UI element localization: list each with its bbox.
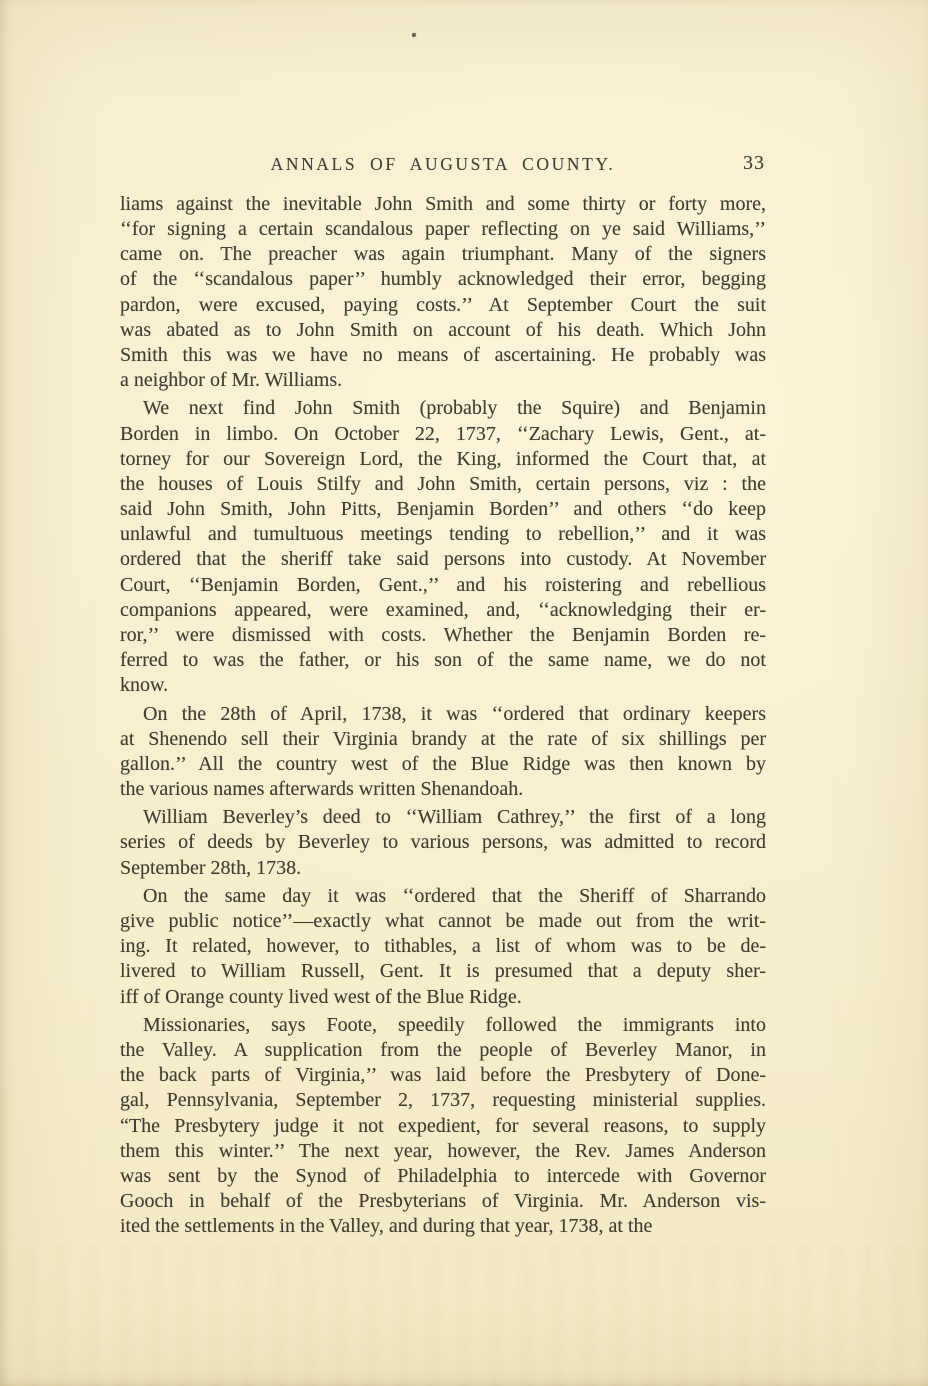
text-line: was sent by the Synod of Philadelphia to… bbox=[120, 1164, 766, 1189]
paragraph: On the same day it was ‘‘ordered that th… bbox=[120, 884, 766, 1010]
text-line: iff of Orange county lived west of the B… bbox=[120, 985, 766, 1010]
running-head: ANNALS OF AUGUSTA COUNTY. 33 bbox=[120, 154, 766, 178]
text-line: at Shenendo sell their Virginia brandy a… bbox=[120, 727, 766, 752]
ink-speck bbox=[412, 33, 416, 37]
text-line: ‘‘for signing a certain scandalous paper… bbox=[120, 217, 766, 242]
text-line: Borden in limbo. On October 22, 1737, ‘‘… bbox=[120, 422, 766, 447]
page-content: ANNALS OF AUGUSTA COUNTY. 33 liams again… bbox=[120, 154, 766, 178]
text-line: a neighbor of Mr. Williams. bbox=[120, 368, 766, 393]
text-line: series of deeds by Beverley to various p… bbox=[120, 830, 766, 855]
text-line: Missionaries, says Foote, speedily follo… bbox=[120, 1013, 766, 1038]
paragraph: liams against the inevitable John Smith … bbox=[120, 192, 766, 393]
page-title: ANNALS OF AUGUSTA COUNTY. bbox=[120, 154, 766, 175]
paragraph: We next find John Smith (probably the Sq… bbox=[120, 396, 766, 698]
text-line: Gooch in behalf of the Presbyterians of … bbox=[120, 1189, 766, 1214]
text-line: the Valley. A supplication from the peop… bbox=[120, 1038, 766, 1063]
text-line: liams against the inevitable John Smith … bbox=[120, 192, 766, 217]
text-line: came on. The preacher was again triumpha… bbox=[120, 242, 766, 267]
text-line: We next find John Smith (probably the Sq… bbox=[120, 396, 766, 421]
text-line: the back parts of Virginia,’’ was laid b… bbox=[120, 1063, 766, 1088]
text-line: torney for our Sovereign Lord, the King,… bbox=[120, 447, 766, 472]
text-line: ror,’’ were dismissed with costs. Whethe… bbox=[120, 623, 766, 648]
page-number: 33 bbox=[743, 152, 765, 175]
text-line: Smith this was we have no means of ascer… bbox=[120, 343, 766, 368]
text-line: give public notice’’—exactly what cannot… bbox=[120, 909, 766, 934]
text-line: ordered that the sheriff take said perso… bbox=[120, 547, 766, 572]
text-line: gallon.’’ All the country west of the Bl… bbox=[120, 752, 766, 777]
text-line: “The Presbytery judge it not expedient, … bbox=[120, 1114, 766, 1139]
text-line: On the same day it was ‘‘ordered that th… bbox=[120, 884, 766, 909]
page-text: liams against the inevitable John Smith … bbox=[120, 192, 766, 1239]
paragraph: On the 28th of April, 1738, it was ‘‘ord… bbox=[120, 702, 766, 803]
text-line: was abated as to John Smith on account o… bbox=[120, 318, 766, 343]
text-line: pardon, were excused, paying costs.’’ At… bbox=[120, 293, 766, 318]
scanned-book-page: ANNALS OF AUGUSTA COUNTY. 33 liams again… bbox=[0, 0, 928, 1386]
text-line: On the 28th of April, 1738, it was ‘‘ord… bbox=[120, 702, 766, 727]
text-line: the houses of Louis Stilfy and John Smit… bbox=[120, 472, 766, 497]
text-line: ing. It related, however, to tithables, … bbox=[120, 934, 766, 959]
paragraph: Missionaries, says Foote, speedily follo… bbox=[120, 1013, 766, 1239]
paper-grain-texture bbox=[0, 1246, 928, 1386]
text-line: companions appeared, were examined, and,… bbox=[120, 598, 766, 623]
text-line: September 28th, 1738. bbox=[120, 856, 766, 881]
text-line: know. bbox=[120, 673, 766, 698]
text-line: them this winter.’’ The next year, howev… bbox=[120, 1139, 766, 1164]
text-line: Court, ‘‘Benjamin Borden, Gent.,’’ and h… bbox=[120, 573, 766, 598]
text-line: livered to William Russell, Gent. It is … bbox=[120, 959, 766, 984]
text-line: ited the settlements in the Valley, and … bbox=[120, 1214, 766, 1239]
text-line: said John Smith, John Pitts, Benjamin Bo… bbox=[120, 497, 766, 522]
text-line: unlawful and tumultuous meetings tending… bbox=[120, 522, 766, 547]
text-line: the various names afterwards written She… bbox=[120, 777, 766, 802]
paragraph: William Beverley’s deed to ‘‘William Cat… bbox=[120, 805, 766, 880]
text-line: gal, Pennsylvania, September 2, 1737, re… bbox=[120, 1088, 766, 1113]
text-line: William Beverley’s deed to ‘‘William Cat… bbox=[120, 805, 766, 830]
text-line: of the ‘‘scandalous paper’’ humbly ackno… bbox=[120, 267, 766, 292]
text-line: ferred to was the father, or his son of … bbox=[120, 648, 766, 673]
